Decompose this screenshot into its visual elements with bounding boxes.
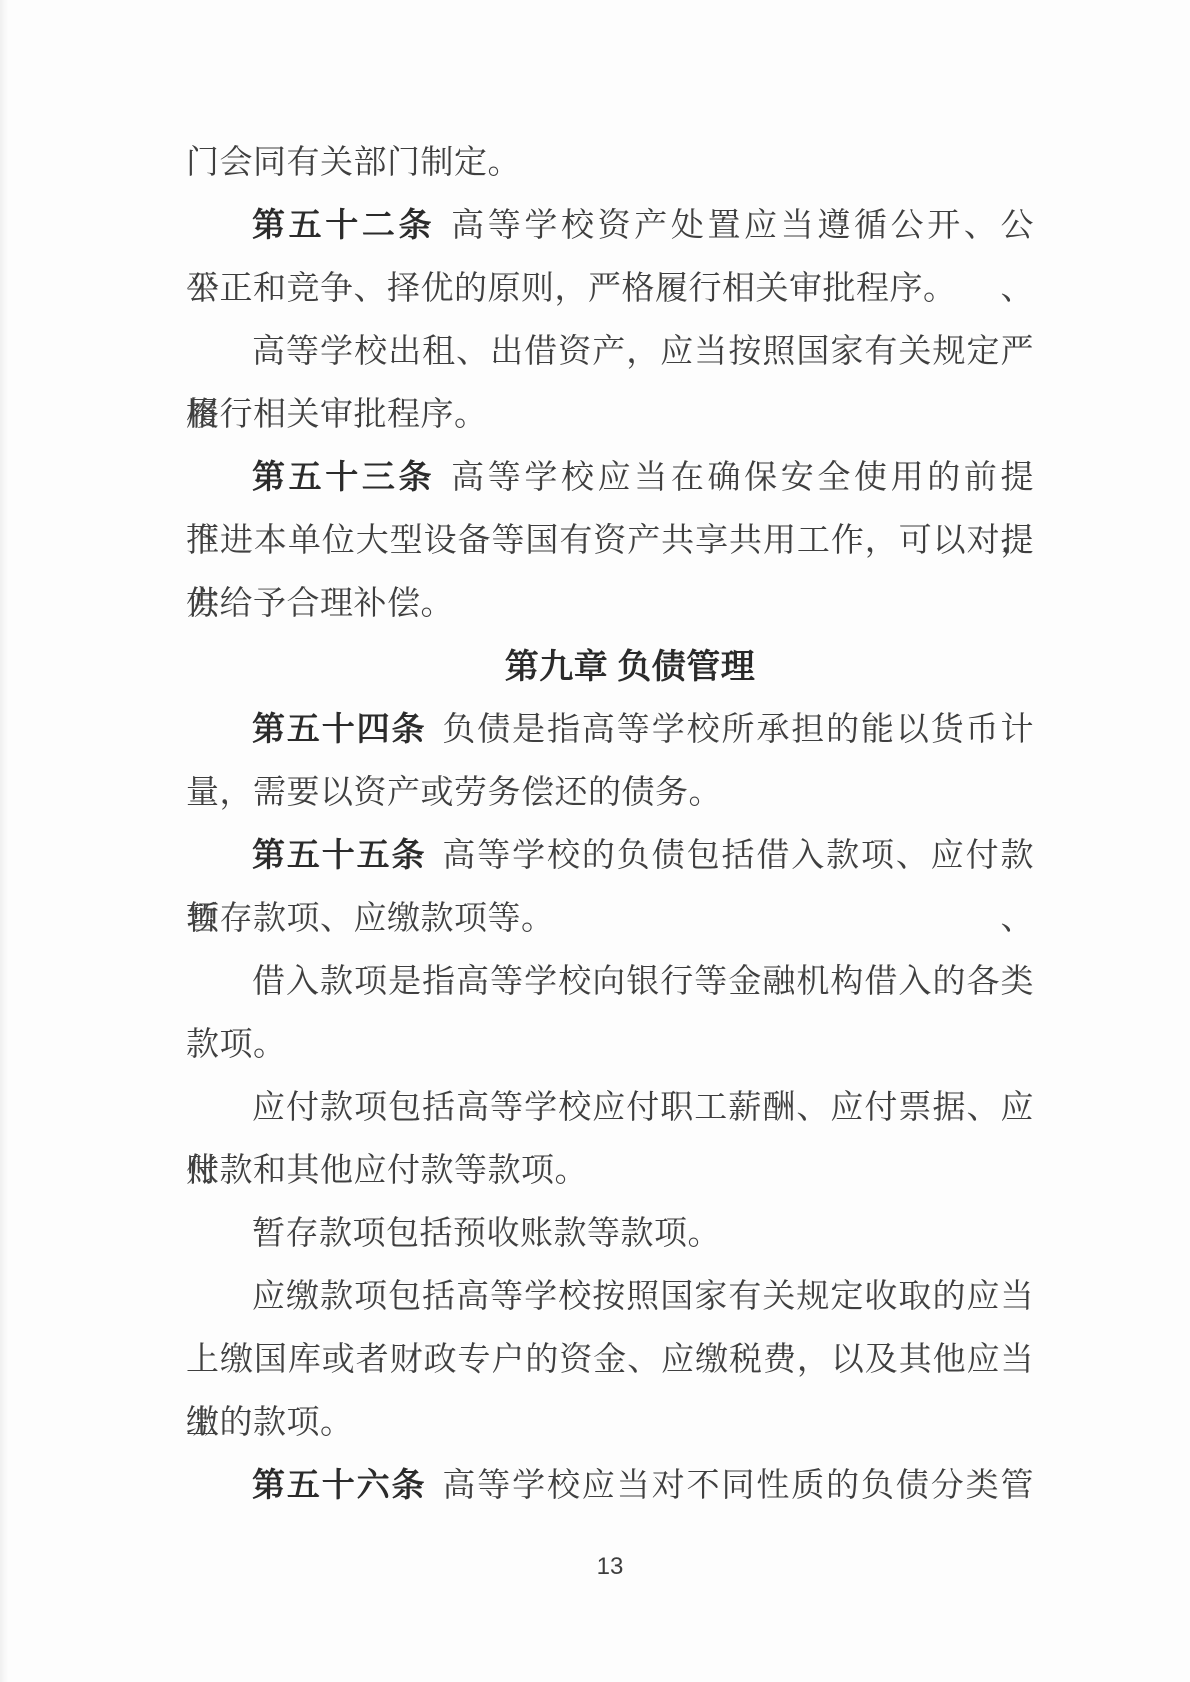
article-number: 第五十六条 [252,1468,426,1504]
article-number: 第五十五条 [252,838,426,874]
line-text: 账款和其他应付款等款项。 [186,1153,588,1189]
text-line: 高等学校出租、出借资产，应当按照国家有关规定严格 [186,321,1034,384]
line-text: 门会同有关部门制定。 [186,145,521,181]
line-text: 量，需要以资产或劳务偿还的债务。 [186,775,722,811]
line-text: 公正和竞争、择优的原则，严格履行相关审批程序。 [186,271,957,307]
line-text: 暂存款项包括预收账款等款项。 [252,1216,721,1252]
line-text: 缴的款项。 [186,1405,354,1441]
article-number: 第五十三条 [252,460,435,496]
line-text: 应缴款项包括高等学校按照国家有关规定收取的应当 [252,1279,1034,1315]
text-line: 公正和竞争、择优的原则，严格履行相关审批程序。 [186,258,1034,321]
text-line: 第五十五条高等学校的负债包括借入款项、应付款项、 [186,825,1034,888]
text-line: 方给予合理补偿。 [186,573,1034,636]
text-line: 第五十三条高等学校应当在确保安全使用的前提下， [186,447,1034,510]
text-line: 门会同有关部门制定。 [186,132,1034,195]
text-line: 上缴国库或者财政专户的资金、应缴税费，以及其他应当上 [186,1329,1034,1392]
line-text: 高等学校应当对不同性质的负债分类管 [442,1468,1034,1504]
text-line: 款项。 [186,1014,1034,1077]
document-page: 门会同有关部门制定。第五十二条高等学校资产处置应当遵循公开、公平、公正和竞争、择… [0,0,1190,1682]
document-body: 门会同有关部门制定。第五十二条高等学校资产处置应当遵循公开、公平、公正和竞争、择… [186,132,1034,1518]
line-text: 款项。 [186,1027,287,1063]
line-text: 负债是指高等学校所承担的能以货币计 [442,712,1034,748]
page-number: 13 [186,1552,1034,1582]
text-line: 应付款项包括高等学校应付职工薪酬、应付票据、应付 [186,1077,1034,1140]
line-text: 方给予合理补偿。 [186,586,454,622]
text-line: 第五十二条高等学校资产处置应当遵循公开、公平、 [186,195,1034,258]
chapter-heading: 第九章 负债管理 [186,636,1034,699]
article-number: 第五十二条 [252,208,435,244]
text-line: 暂存款项包括预收账款等款项。 [186,1203,1034,1266]
text-line: 第五十六条高等学校应当对不同性质的负债分类管 [186,1455,1034,1518]
text-line: 账款和其他应付款等款项。 [186,1140,1034,1203]
article-number: 第九章 负债管理 [505,649,756,686]
line-text: 履行相关审批程序。 [186,397,488,433]
article-number: 第五十四条 [252,712,426,748]
text-line: 推进本单位大型设备等国有资产共享共用工作，可以对提供 [186,510,1034,573]
text-line: 借入款项是指高等学校向银行等金融机构借入的各类 [186,951,1034,1014]
text-line: 量，需要以资产或劳务偿还的债务。 [186,762,1034,825]
line-text: 暂存款项、应缴款项等。 [186,901,555,937]
text-line: 第五十四条负债是指高等学校所承担的能以货币计 [186,699,1034,762]
text-line: 履行相关审批程序。 [186,384,1034,447]
text-line: 应缴款项包括高等学校按照国家有关规定收取的应当 [186,1266,1034,1329]
line-text: 借入款项是指高等学校向银行等金融机构借入的各类 [252,964,1034,1000]
text-line: 缴的款项。 [186,1392,1034,1455]
